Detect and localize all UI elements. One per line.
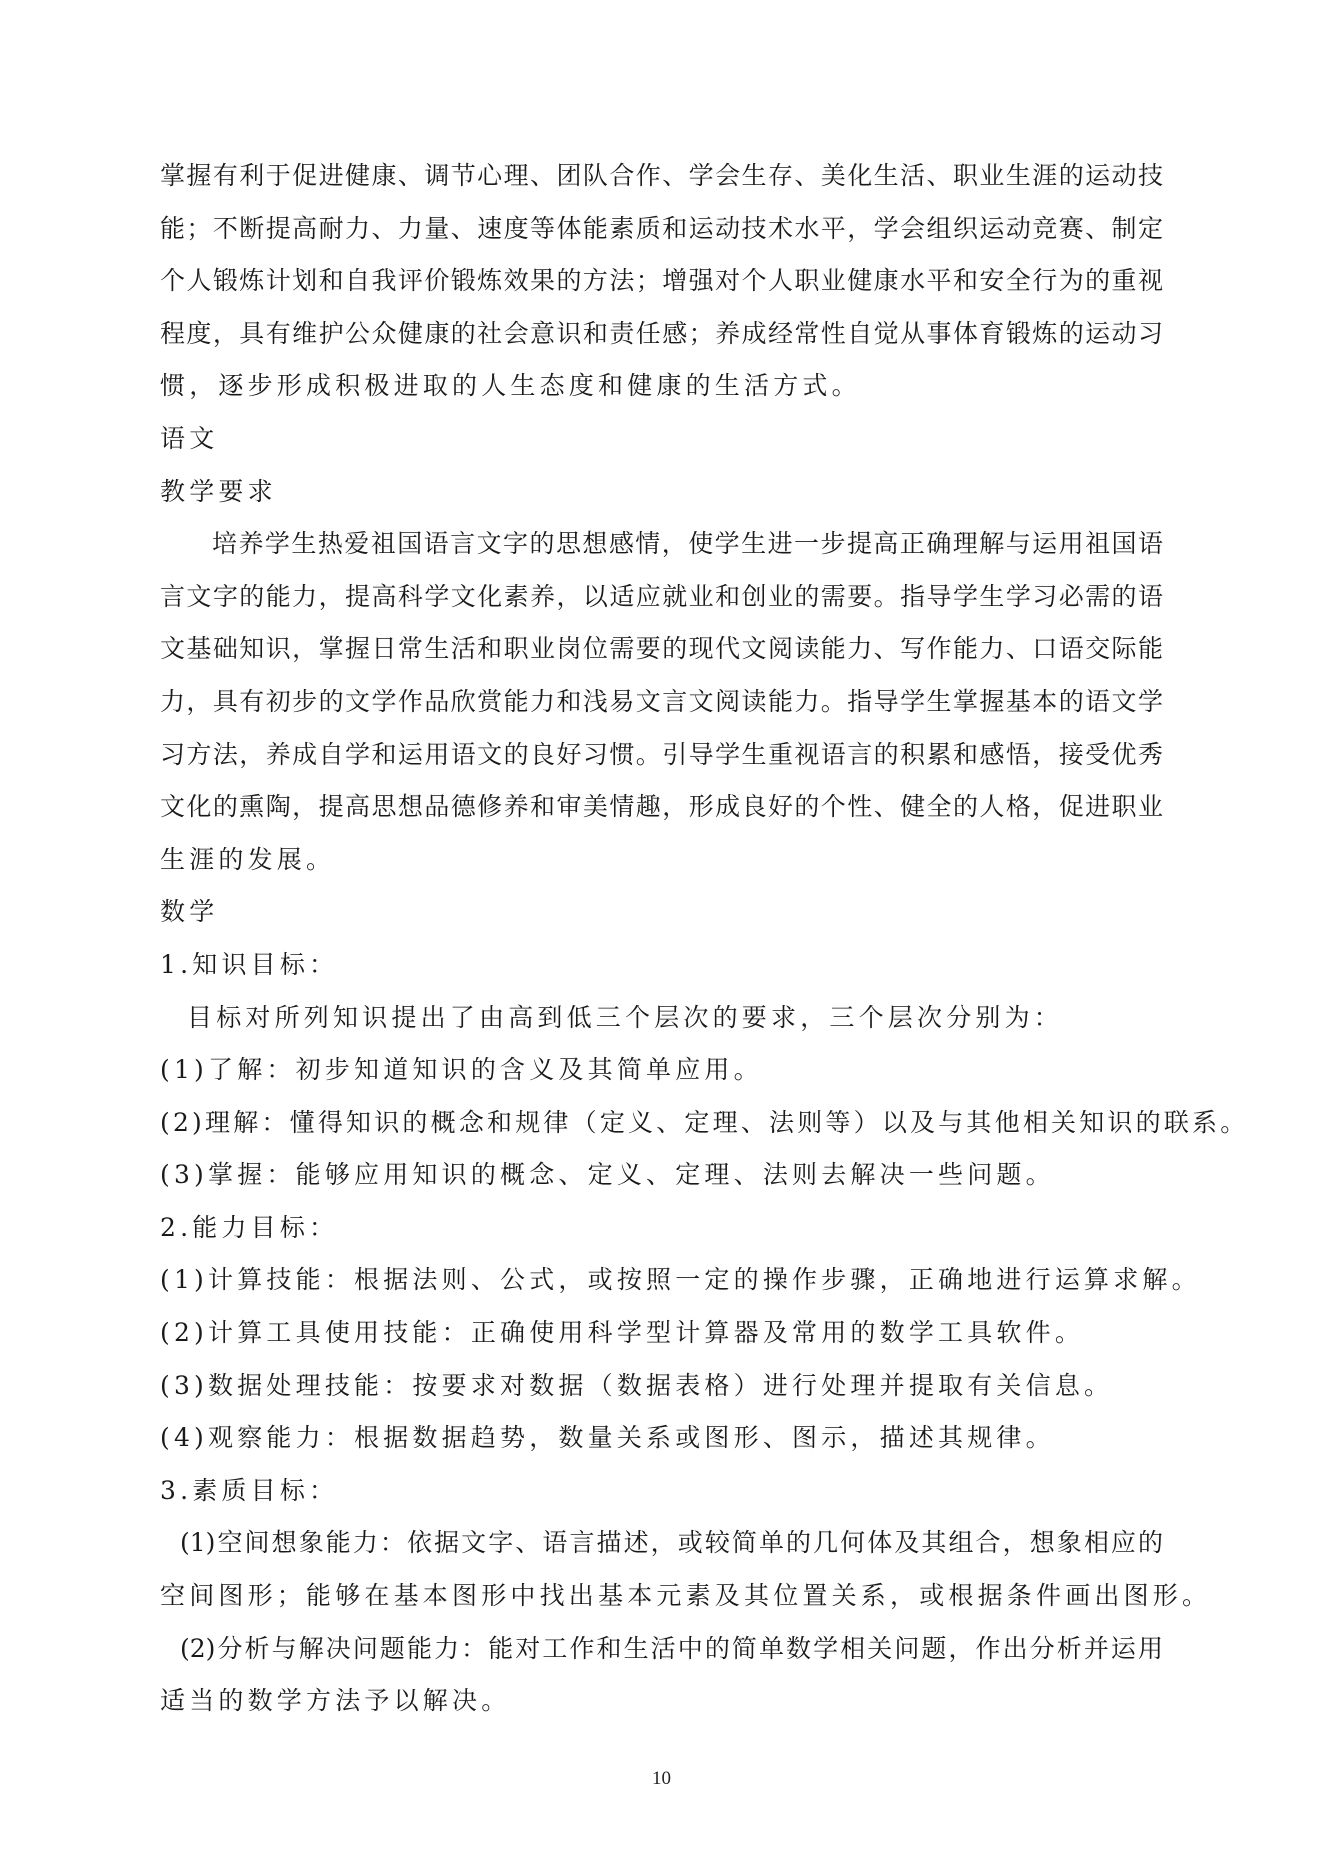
- knowledge-goal-item: (2)理解：懂得知识的概念和规律（定义、定理、法则等）以及与其他相关知识的联系。: [160, 1097, 1170, 1150]
- ability-goal-item: (4)观察能力：根据数据趋势，数量关系或图形、图示，描述其规律。: [160, 1412, 1170, 1465]
- quality-goal-item-continued: 空间图形；能够在基本图形中找出基本元素及其位置关系，或根据条件画出图形。: [160, 1570, 1170, 1623]
- quality-goal-item: (1)空间想象能力：依据文字、语言描述，或较简单的几何体及其组合，想象相应的: [160, 1517, 1163, 1570]
- subheading-ability-goals: 2.能力目标：: [160, 1202, 1170, 1255]
- section-heading-math: 数学: [160, 886, 1170, 939]
- pe-paragraph-line: 个人锻炼计划和自我评价锻炼效果的方法；增强对个人职业健康水平和安全行为的重视: [160, 255, 1163, 308]
- chinese-paragraph-line: 力，具有初步的文学作品欣赏能力和浅易文言文阅读能力。指导学生掌握基本的语文学: [160, 676, 1163, 729]
- section-heading-chinese: 语文: [160, 413, 1170, 466]
- pe-paragraph-line: 惯，逐步形成积极进取的人生态度和健康的生活方式。: [160, 360, 1170, 413]
- knowledge-goal-item: (1)了解：初步知道知识的含义及其简单应用。: [160, 1044, 1170, 1097]
- knowledge-goal-item: (3)掌握：能够应用知识的概念、定义、定理、法则去解决一些问题。: [160, 1149, 1170, 1202]
- quality-goal-item-continued: 适当的数学方法予以解决。: [160, 1675, 1170, 1728]
- page-number: 10: [0, 1768, 1323, 1790]
- pe-paragraph-line: 掌握有利于促进健康、调节心理、团队合作、学会生存、美化生活、职业生涯的运动技: [160, 150, 1163, 203]
- pe-paragraph-line: 能；不断提高耐力、力量、速度等体能素质和运动技术水平，学会组织运动竞赛、制定: [160, 203, 1163, 256]
- chinese-paragraph-line: 生涯的发展。: [160, 834, 1170, 887]
- pe-paragraph-line: 程度，具有维护公众健康的社会意识和责任感；养成经常性自觉从事体育锻炼的运动习: [160, 308, 1163, 361]
- ability-goal-item: (1)计算技能：根据法则、公式，或按照一定的操作步骤，正确地进行运算求解。: [160, 1254, 1170, 1307]
- chinese-paragraph-line: 培养学生热爱祖国语言文字的思想感情，使学生进一步提高正确理解与运用祖国语: [160, 518, 1163, 571]
- subheading-quality-goals: 3.素质目标：: [160, 1465, 1170, 1518]
- ability-goal-item: (2)计算工具使用技能：正确使用科学型计算器及常用的数学工具软件。: [160, 1307, 1170, 1360]
- chinese-paragraph-line: 文基础知识，掌握日常生活和职业岗位需要的现代文阅读能力、写作能力、口语交际能: [160, 623, 1163, 676]
- chinese-paragraph-line: 言文字的能力，提高科学文化素养，以适应就业和创业的需要。指导学生学习必需的语: [160, 571, 1163, 624]
- ability-goal-item: (3)数据处理技能：按要求对数据（数据表格）进行处理并提取有关信息。: [160, 1360, 1170, 1413]
- chinese-paragraph-line: 文化的熏陶，提高思想品德修养和审美情趣，形成良好的个性、健全的人格，促进职业: [160, 781, 1163, 834]
- knowledge-goals-intro: 目标对所列知识提出了由高到低三个层次的要求，三个层次分别为：: [160, 992, 1170, 1045]
- subheading-teaching-requirements: 教学要求: [160, 466, 1170, 519]
- document-page: 掌握有利于促进健康、调节心理、团队合作、学会生存、美化生活、职业生涯的运动技 能…: [160, 150, 1170, 1728]
- chinese-paragraph-line: 习方法，养成自学和运用语文的良好习惯。引导学生重视语言的积累和感悟，接受优秀: [160, 729, 1163, 782]
- quality-goal-item: (2)分析与解决问题能力：能对工作和生活中的简单数学相关问题，作出分析并运用: [160, 1623, 1163, 1676]
- subheading-knowledge-goals: 1.知识目标：: [160, 939, 1170, 992]
